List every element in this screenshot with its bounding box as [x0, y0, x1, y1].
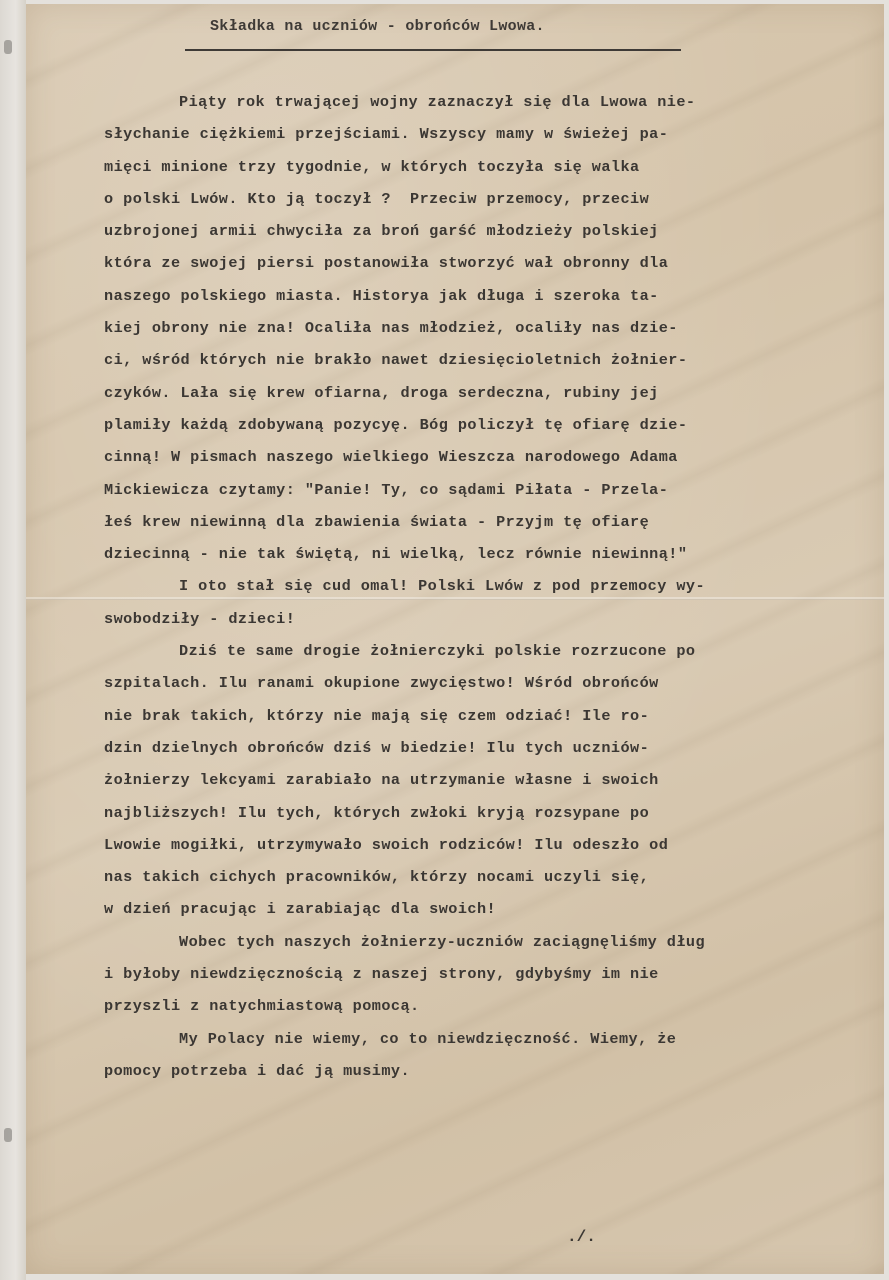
text-line: Dziś te same drogie żołnierczyki polskie…: [104, 635, 864, 667]
scan-backing-strip: [0, 0, 26, 1280]
text-line: nie brak takich, którzy nie mają się cze…: [104, 700, 864, 732]
text-line: Mickiewicza czytamy: "Panie! Ty, co sąda…: [104, 474, 864, 506]
text-line: o polski Lwów. Kto ją toczył ? Przeciw p…: [104, 183, 864, 215]
text-line: Lwowie mogiłki, utrzymywało swoich rodzi…: [104, 829, 864, 861]
text-line: naszego polskiego miasta. Historya jak d…: [104, 280, 864, 312]
text-line: i byłoby niewdzięcznością z naszej stron…: [104, 958, 864, 990]
text-line: ci, wśród których nie brakło nawet dzies…: [104, 344, 864, 376]
text-line: swobodziły - dzieci!: [104, 603, 864, 635]
text-line: szpitalach. Ilu ranami okupione zwycięst…: [104, 667, 864, 699]
text-line: plamiły każdą zdobywaną pozycyę. Bóg pol…: [104, 409, 864, 441]
text-line: dzin dzielnych obrońców dziś w biedzie! …: [104, 732, 864, 764]
text-line: kiej obrony nie zna! Ocaliła nas młodzie…: [104, 312, 864, 344]
text-line: łeś krew niewinną dla zbawienia świata -…: [104, 506, 864, 538]
text-line: cinną! W pismach naszego wielkiego Wiesz…: [104, 441, 864, 473]
text-line: przyszli z natychmiastową pomocą.: [104, 990, 864, 1022]
document-title: Składka na uczniów - obrońców Lwowa.: [210, 18, 545, 35]
text-line: My Polacy nie wiemy, co to niewdzięcznoś…: [104, 1023, 864, 1055]
title-underline: [185, 49, 681, 51]
scan-smudge: [4, 40, 12, 54]
text-line: mięci minione trzy tygodnie, w których t…: [104, 151, 864, 183]
end-mark: ./.: [567, 1228, 596, 1246]
text-line: dziecinną - nie tak świętą, ni wielką, l…: [104, 538, 864, 570]
text-line: Wobec tych naszych żołnierzy-uczniów zac…: [104, 926, 864, 958]
text-line: czyków. Lała się krew ofiarna, droga ser…: [104, 377, 864, 409]
text-line: która ze swojej piersi postanowiła stwor…: [104, 247, 864, 279]
text-line: słychanie ciężkiemi przejściami. Wszyscy…: [104, 118, 864, 150]
text-line: żołnierzy lekcyami zarabiało na utrzyman…: [104, 764, 864, 796]
text-line: najbliższych! Ilu tych, których zwłoki k…: [104, 797, 864, 829]
text-line: Piąty rok trwającej wojny zaznaczył się …: [104, 86, 864, 118]
scan-smudge: [4, 1128, 12, 1142]
document-body: Piąty rok trwającej wojny zaznaczył się …: [104, 86, 864, 1087]
text-line: pomocy potrzeba i dać ją musimy.: [104, 1055, 864, 1087]
text-line: I oto stał się cud omal! Polski Lwów z p…: [104, 570, 864, 602]
text-line: uzbrojonej armii chwyciła za broń garść …: [104, 215, 864, 247]
text-line: nas takich cichych pracowników, którzy n…: [104, 861, 864, 893]
text-line: w dzień pracując i zarabiając dla swoich…: [104, 893, 864, 925]
